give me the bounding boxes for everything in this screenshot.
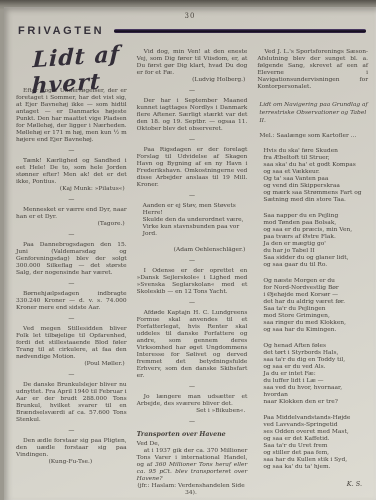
quote-attribution: (Ludvig Holberg.) (137, 77, 246, 84)
author-signature: K. S. (257, 480, 362, 488)
quote-text: Den ædle forstaar sig paa Pligten, den u… (16, 438, 127, 459)
fact-text: at i 1937 gik der ca. 370 Millioner Tons… (137, 448, 248, 483)
article-paragraph: Børnehjælpsdagen indbragte 330.240 Krone… (16, 291, 127, 312)
item-separator: — (137, 384, 248, 390)
item-separator: — (137, 300, 248, 306)
item-separator: — (16, 372, 127, 378)
page-title-wrap: Lidt af hvert (16, 39, 127, 88)
article-paragraph: Paa Rigsdagen er der forelagt Forslag ti… (137, 147, 248, 189)
item-separator: — (16, 148, 127, 154)
item-separator: — (137, 419, 248, 425)
section-heading: Transporten over Havene (137, 431, 248, 439)
song-verse-1: Hvis du ska' føre Skuden fra Æbeltoft ti… (263, 148, 368, 204)
column-middle: Vid dog, min Ven! at den eneste Vej, som… (137, 39, 248, 497)
song-melody: Mel.: Saalænge som Kartofler ... (259, 133, 368, 140)
magazine-page-scan: 30 FRIVAGTEN Lidt af hvert Efter nogle U… (0, 0, 376, 500)
page-title: Lidt af hvert (31, 41, 127, 100)
quote-text: Mennesket er værre end Dyr, naar han er … (16, 207, 127, 221)
item-separator: — (16, 428, 127, 434)
article-paragraph: De danske Brunkulslejer bliver nu udnytt… (16, 382, 127, 424)
column-right: Ved J. L.'s Sportsforenings Sæson-Afslut… (257, 39, 368, 497)
masthead-rule (114, 29, 366, 33)
masthead-row: FRIVAGTEN (18, 25, 366, 37)
song-verse-3: Og næste Morgen er du for Nord-Nordvestl… (263, 278, 368, 334)
item-separator: — (16, 281, 127, 287)
article-paragraph: I Odense er der oprettet en »Dansk Sejle… (137, 268, 248, 296)
masthead-title: FRIVAGTEN (18, 25, 104, 37)
song-intro: Ved J. L.'s Sportsforenings Sæson-Afslut… (257, 49, 368, 91)
song-title: Lidt om Navigering paa Grundlag af terre… (259, 101, 368, 125)
poem-text: Aanden er ej Støv, men Støvets Herre! Sk… (143, 203, 248, 238)
fact-reference: (jfr.: Haslam: Verdenshandelen Side 34). (137, 483, 246, 497)
quote-text: Ved megen Stillesidden bliver Folk let t… (16, 326, 127, 361)
quote-attribution: (Poul Møller.) (16, 361, 125, 368)
fact-intro: Ved De, (137, 441, 248, 448)
quote-attribution: (Kung-Fu-Tse.) (16, 459, 125, 466)
quote-text: Vid dog, min Ven! at den eneste Vej, som… (137, 49, 248, 77)
item-separator: — (137, 258, 248, 264)
quote-attribution: Set i »Bikuben«. (137, 408, 246, 415)
paper-sheet: 30 FRIVAGTEN Lidt af hvert Efter nogle U… (4, 7, 376, 500)
column-left: Lidt af hvert Efter nogle Undersøgelser,… (16, 39, 127, 497)
item-separator: — (16, 232, 127, 238)
item-separator: — (137, 137, 248, 143)
song-verse-5: Paa Middelvandstands-Højde ved Lavvands-… (263, 415, 368, 471)
quote-text: Tænk! Kærlighed og Sandhed i eet Hele! D… (16, 158, 127, 186)
item-separator: — (16, 197, 127, 203)
article-paragraph: Afdøde Kaptajn H. C. Lundgreens Formue s… (137, 310, 248, 380)
song-verse-2: Saa napper du en Pejling mod Tønden paa … (263, 213, 368, 269)
spacer (257, 39, 368, 49)
columns: Lidt af hvert Efter nogle Undersøgelser,… (4, 37, 376, 497)
item-separator: — (137, 88, 248, 94)
page-number: 30 (4, 7, 376, 20)
spacer (137, 39, 248, 49)
article-paragraph: Paa Dannebrogsdagen den 15. Juni (Valdem… (16, 242, 127, 277)
quote-attribution: (Kaj Munk: »Pilatus«) (16, 186, 125, 193)
song-verse-4: Og henad Aften føles det tørt i Styrbord… (263, 343, 368, 406)
quote-text: Jo længere man udsætter et Arbejde, des … (137, 394, 248, 408)
quote-attribution: (Tagore.) (16, 221, 125, 228)
item-separator: — (137, 193, 248, 199)
poem-attribution: (Adam Oehlenschläger.) (137, 247, 246, 254)
article-paragraph: Der har i September Maaned kunnet iagtta… (137, 98, 248, 133)
item-separator: — (16, 316, 127, 322)
